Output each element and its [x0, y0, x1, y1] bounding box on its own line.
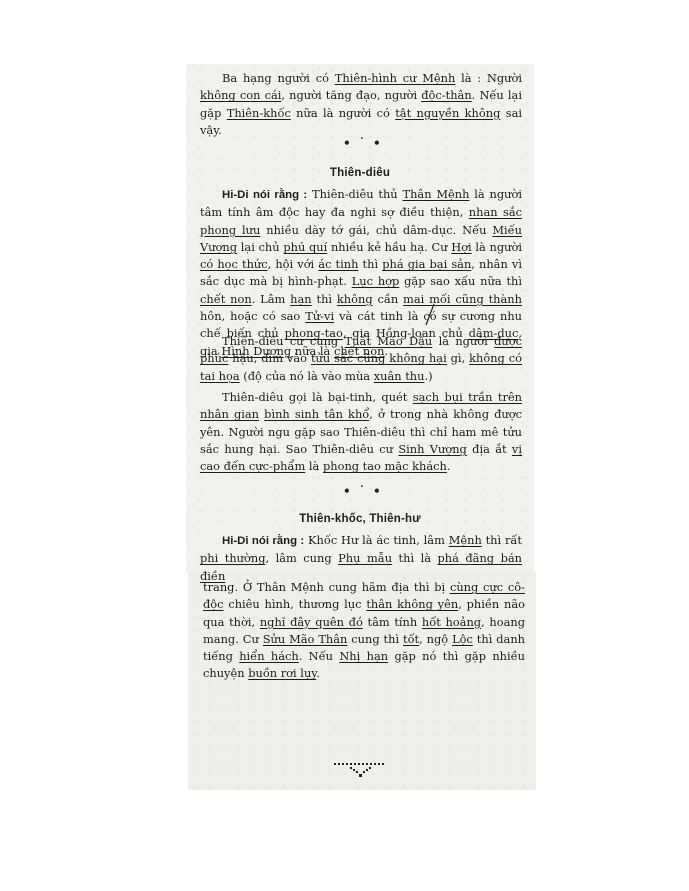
thien-khoc-paragraph-1: Hi-Di nói rằng : Khốc Hư là ác tinh, lâm… [200, 532, 522, 585]
text-run: địa ắt [467, 442, 512, 456]
underlined-phrase: Sinh Vượng [398, 442, 467, 456]
underlined-phrase: phi thường [200, 551, 265, 565]
text-run: Thiên-diêu gọi là bại-tinh, quét [222, 390, 413, 404]
text-run: , hội với [268, 257, 319, 271]
underlined-phrase: tửu sắc cũng không hại [311, 351, 447, 365]
thien-dieu-paragraph-3: Thiên-diêu gọi là bại-tinh, quét sạch bụ… [200, 389, 522, 475]
underlined-phrase: hốt hoảng [422, 615, 481, 629]
text-run: hậu, dìm vào [228, 351, 311, 365]
section-separator-1: • ˙ • [343, 136, 383, 150]
text-run: cần [373, 292, 403, 306]
text-run: , lâm cung [265, 551, 338, 565]
underlined-phrase: Thiên-hình cư Mệnh [335, 71, 456, 85]
text-run: . [447, 459, 451, 473]
text-run: gì, [447, 351, 469, 365]
underlined-phrase: Lục hợp [352, 274, 400, 288]
section-heading-thien-dieu: Thiên-diêu [186, 167, 534, 179]
text-run: thì rất [482, 533, 522, 547]
text-run: là người [432, 334, 494, 348]
underlined-phrase: phong tao mặc khách [323, 459, 447, 473]
paragraph-text: Thiên-diêu gọi là bại-tinh, quét sạch bụ… [200, 389, 522, 475]
text-run: (độ của nó là vào mùa [240, 369, 374, 383]
bleed-through-text [230, 692, 520, 732]
paragraph-lead: Hi-Di nói rằng : [222, 189, 307, 201]
text-run: , ngộ [419, 632, 452, 646]
text-run: Khốc Hư là ác tinh, lâm [304, 533, 449, 547]
underlined-phrase: Tuất Mão Dậu [345, 334, 433, 348]
underlined-phrase: buồn rơi lụy [248, 666, 316, 680]
underlined-phrase: tốt [403, 632, 419, 646]
underlined-phrase: tật nguyền không [395, 106, 500, 120]
text-run: Thiên-diêu cư cung [222, 334, 345, 348]
underlined-phrase: hiển hách [239, 649, 299, 663]
underlined-phrase: phú quí [283, 240, 327, 254]
text-run: . Nếu [299, 649, 340, 663]
underlined-phrase: không [337, 292, 373, 306]
underlined-phrase: Phụ mẫu [338, 551, 392, 565]
underlined-phrase: Hợi [451, 240, 471, 254]
underlined-phrase: Thiên-khốc [227, 106, 291, 120]
section-heading-thien-khoc-thien-hu: Thiên-khốc, Thiên-hư [186, 513, 534, 525]
text-run: là : Người [455, 71, 522, 85]
text-run: nhiều dày tớ gái, chủ dâm-dục. Nếu [260, 223, 492, 237]
underlined-phrase: Sửu Mão Thân [263, 632, 348, 646]
paragraph-text: Thiên-diêu cư cung Tuất Mão Dậu là người… [200, 333, 522, 385]
paragraph-lead: Hi-Di nói rằng : [222, 535, 304, 547]
text-run: gặp sao xấu nữa thì [399, 274, 522, 288]
underlined-phrase: phá gia bại sản [382, 257, 471, 271]
underlined-phrase: có học thức [200, 257, 268, 271]
section-separator-2: • ˙ • [343, 484, 383, 498]
end-ornament-icon [334, 762, 386, 778]
underlined-phrase: Thân Mệnh [402, 187, 469, 201]
pencil-mark-icon [424, 303, 436, 327]
paragraph-text: trang. Ở Thân Mệnh cung hãm địa thì bị c… [203, 579, 525, 683]
underlined-phrase: mai mối cũng thành [403, 292, 522, 306]
underlined-phrase: xuân thu [374, 369, 425, 383]
text-run: thì [358, 257, 382, 271]
text-run: nhiều kẻ hầu hạ. Cư [327, 240, 451, 254]
underlined-phrase: không con cái [200, 88, 281, 102]
underlined-phrase: Tử-vi [305, 309, 334, 323]
underlined-phrase: thân không yên [366, 597, 458, 611]
text-run: chiêu hình, thương lục [224, 597, 367, 611]
underlined-phrase: Mệnh [449, 533, 482, 547]
underlined-phrase: Lộc [452, 632, 473, 646]
underlined-phrase: hạn [290, 292, 311, 306]
thien-khoc-paragraph-2: trang. Ở Thân Mệnh cung hãm địa thì bị c… [203, 579, 525, 683]
thien-dieu-paragraph-2: Thiên-diêu cư cung Tuất Mão Dậu là người… [200, 333, 522, 385]
text-run: cung thì [347, 632, 403, 646]
text-run: lại chủ [237, 240, 283, 254]
text-run: Thiên-diêu thủ [307, 187, 402, 201]
text-run: thì là [392, 551, 437, 565]
text-run: . Lâm [252, 292, 290, 306]
text-run: hôn, hoặc có sao [200, 309, 305, 323]
underlined-phrase: Nhị hạn [339, 649, 388, 663]
underlined-phrase: nghĩ đây quên đó [260, 615, 363, 629]
underlined-phrase: bình sinh tân khổ [264, 407, 369, 421]
text-run: Ba hạng người có [222, 71, 335, 85]
underlined-phrase: độc-thân [421, 88, 471, 102]
intro-paragraph: Ba hạng người có Thiên-hình cư Mệnh là :… [200, 70, 522, 139]
text-run: là [305, 459, 323, 473]
underlined-phrase: chết non [200, 292, 252, 306]
text-run: . [316, 666, 320, 680]
text-run: trang. Ở Thân Mệnh cung hãm địa thì bị [203, 580, 450, 594]
text-run: , người tăng đạo, người [281, 88, 421, 102]
intro-text: Ba hạng người có Thiên-hình cư Mệnh là :… [200, 70, 522, 139]
text-run: nữa là người có [291, 106, 395, 120]
text-run: tâm tính [363, 615, 422, 629]
text-run: .) [424, 369, 432, 383]
text-run: thì [312, 292, 337, 306]
underlined-phrase: ác tinh [318, 257, 358, 271]
text-run: là người [472, 240, 522, 254]
